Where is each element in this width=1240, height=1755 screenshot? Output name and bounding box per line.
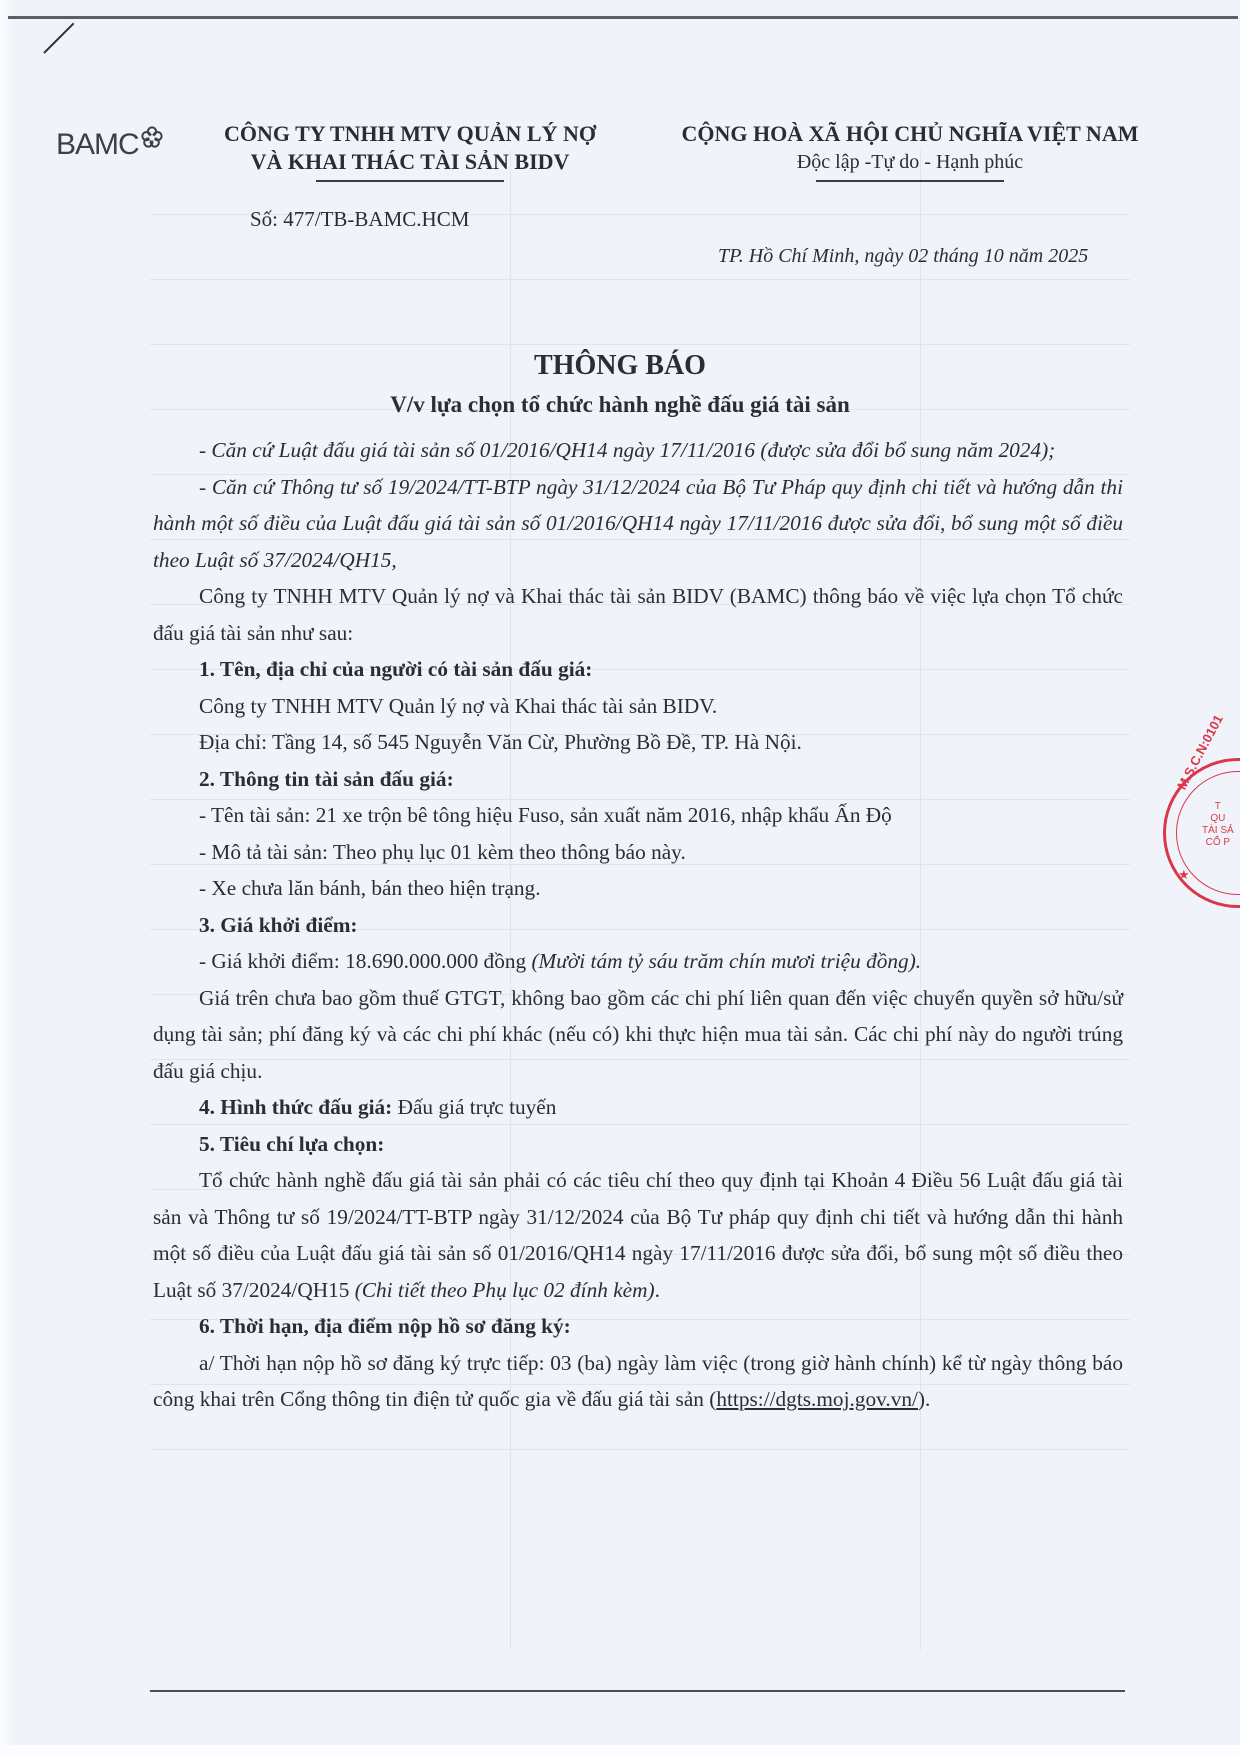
price-value: - Giá khởi điểm: 18.690.000.000 đồng xyxy=(199,949,531,973)
starting-price: - Giá khởi điểm: 18.690.000.000 đồng (Mư… xyxy=(153,943,1123,980)
legal-basis-2: - Căn cứ Thông tư số 19/2024/TT-BTP ngày… xyxy=(153,469,1123,579)
section-3-heading: 3. Giá khởi điểm: xyxy=(153,907,1123,944)
seal-ring-text: M.S.C.N:0101 xyxy=(1174,712,1226,792)
deadline-text: a/ Thời hạn nộp hồ sơ đăng ký trực tiếp:… xyxy=(153,1351,1123,1412)
criteria-end: . xyxy=(655,1278,660,1302)
org-name-line1: CÔNG TY TNHH MTV QUẢN LÝ NỢ xyxy=(195,120,625,148)
auction-form: Đấu giá trực tuyến xyxy=(392,1095,556,1119)
pen-mark xyxy=(43,23,74,54)
scan-shadow xyxy=(0,0,14,1755)
price-in-words: (Mười tám tỷ sáu trăm chín mươi triệu đồ… xyxy=(531,949,921,973)
document-title: THÔNG BÁO xyxy=(0,350,1240,382)
section-6-heading: 6. Thời hạn, địa điểm nộp hồ sơ đăng ký: xyxy=(153,1308,1123,1345)
national-motto: CỘNG HOÀ XÃ HỘI CHỦ NGHĨA VIỆT NAM Độc l… xyxy=(640,120,1180,182)
company-seal: M.S.C.N:0101 ★ T QU TÀI SẢ CỔ P xyxy=(1163,758,1240,908)
asset-name: - Tên tài sản: 21 xe trộn bê tông hiệu F… xyxy=(153,797,1123,834)
logo-text: BAMC xyxy=(56,128,139,161)
section-4-heading: 4. Hình thức đấu giá: xyxy=(199,1095,392,1119)
auction-portal-link[interactable]: https://dgts.moj.gov.vn/ xyxy=(716,1387,918,1411)
org-name-line2: VÀ KHAI THÁC TÀI SẢN BIDV xyxy=(195,148,625,176)
section-2-heading: 2. Thông tin tài sản đấu giá: xyxy=(153,761,1123,798)
seal-inner-line: CỔ P xyxy=(1202,837,1234,849)
seal-inner-line: QU xyxy=(1202,813,1234,825)
motto-underline xyxy=(816,180,1004,182)
issuing-organization: CÔNG TY TNHH MTV QUẢN LÝ NỢ VÀ KHAI THÁC… xyxy=(195,120,625,182)
section-4: 4. Hình thức đấu giá: Đấu giá trực tuyến xyxy=(153,1089,1123,1126)
owner-name: Công ty TNHH MTV Quản lý nợ và Khai thác… xyxy=(153,688,1123,725)
criteria-appendix-ref: (Chi tiết theo Phụ lục 02 đính kèm) xyxy=(355,1278,655,1302)
asset-condition: - Xe chưa lăn bánh, bán theo hiện trạng. xyxy=(153,870,1123,907)
price-note: Giá trên chưa bao gồm thuế GTGT, không b… xyxy=(153,980,1123,1090)
asset-description: - Mô tả tài sản: Theo phụ lục 01 kèm the… xyxy=(153,834,1123,871)
motto: Độc lập -Tự do - Hạnh phúc xyxy=(640,148,1180,176)
section-5-heading: 5. Tiêu chí lựa chọn: xyxy=(153,1126,1123,1163)
star-icon: ★ xyxy=(1178,867,1190,883)
flower-logo-icon xyxy=(141,126,163,148)
seal-inner-text: T QU TÀI SẢ CỔ P xyxy=(1202,801,1234,849)
footer-divider xyxy=(150,1690,1125,1692)
legal-basis-1: - Căn cứ Luật đấu giá tài sản số 01/2016… xyxy=(153,432,1123,469)
org-underline xyxy=(316,180,504,182)
submission-deadline: a/ Thời hạn nộp hồ sơ đăng ký trực tiếp:… xyxy=(153,1345,1123,1418)
scan-bottom-edge xyxy=(0,1745,1240,1755)
company-logo: BAMC xyxy=(56,128,163,162)
document-body: - Căn cứ Luật đấu giá tài sản số 01/2016… xyxy=(153,432,1123,1418)
country-name: CỘNG HOÀ XÃ HỘI CHỦ NGHĨA VIỆT NAM xyxy=(640,120,1180,148)
seal-inner-line: TÀI SẢ xyxy=(1202,825,1234,837)
selection-criteria: Tổ chức hành nghề đấu giá tài sản phải c… xyxy=(153,1162,1123,1308)
owner-address: Địa chỉ: Tầng 14, số 545 Nguyễn Văn Cừ, … xyxy=(153,724,1123,761)
document-number: Số: 477/TB-BAMC.HCM xyxy=(250,207,469,232)
scan-edge-line xyxy=(8,16,1238,19)
intro-paragraph: Công ty TNHH MTV Quản lý nợ và Khai thác… xyxy=(153,578,1123,651)
document-subtitle: V/v lựa chọn tổ chức hành nghề đấu giá t… xyxy=(0,392,1240,418)
seal-inner-line: T xyxy=(1202,801,1234,813)
section-1-heading: 1. Tên, địa chỉ của người có tài sản đấu… xyxy=(153,651,1123,688)
document-date: TP. Hồ Chí Minh, ngày 02 tháng 10 năm 20… xyxy=(718,245,1088,268)
deadline-end: ). xyxy=(918,1387,930,1411)
